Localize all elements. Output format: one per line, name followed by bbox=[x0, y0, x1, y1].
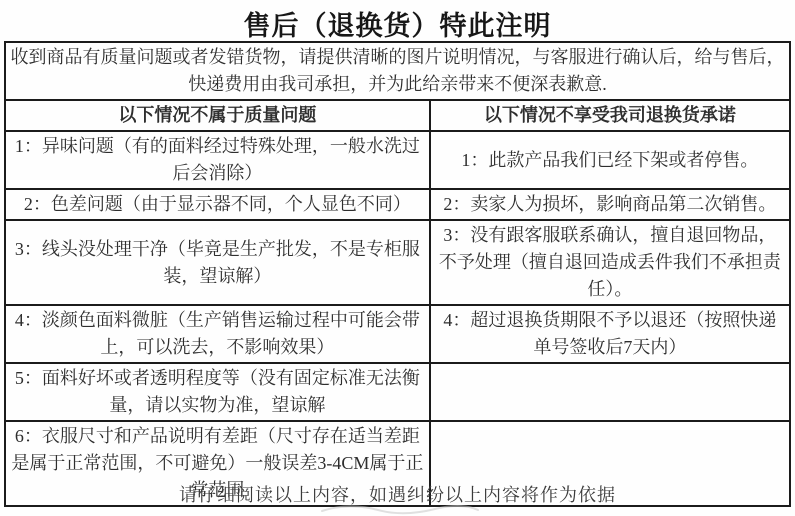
quality-item-4: 4：淡颜色面料微脏（生产销售运输过程中可能会带上，可以洗去，不影响效果） bbox=[5, 305, 430, 363]
quality-item-1: 1：异味问题（有的面料经过特殊处理，一般水洗过后会消除） bbox=[5, 131, 430, 189]
no-return-empty-cell-5 bbox=[430, 363, 790, 421]
table-row: 2：色差问题（由于显示器不同，个人显色不同） 2：卖家人为损坏，影响商品第二次销… bbox=[5, 189, 790, 220]
header-row: 以下情况不属于质量问题 以下情况不享受我司退换货承诺 bbox=[5, 100, 790, 131]
quality-item-5: 5：面料好坏或者透明程度等（没有固定标准无法衡量，请以实物为准，望谅解 bbox=[5, 363, 430, 421]
intro-text: 收到商品有质量问题或者发错货物，请提供清晰的图片说明情况，与客服进行确认后，给与… bbox=[5, 42, 790, 100]
no-return-item-2: 2：卖家人为损坏，影响商品第二次销售。 bbox=[430, 189, 790, 220]
table-row: 5：面料好坏或者透明程度等（没有固定标准无法衡量，请以实物为准，望谅解 bbox=[5, 363, 790, 421]
page-title: 售后（退换货）特此注明 bbox=[0, 4, 795, 43]
quality-item-3: 3：线头没处理干净（毕竟是生产批发，不是专柜服装，望谅解） bbox=[5, 220, 430, 305]
no-return-item-1: 1：此款产品我们已经下架或者停售。 bbox=[430, 131, 790, 189]
quality-item-2: 2：色差问题（由于显示器不同，个人显色不同） bbox=[5, 189, 430, 220]
policy-notice-page: 售后（退换货）特此注明 收到商品有质量问题或者发错货物，请提供清晰的图片说明情况… bbox=[0, 0, 795, 516]
intro-row: 收到商品有质量问题或者发错货物，请提供清晰的图片说明情况，与客服进行确认后，给与… bbox=[5, 42, 790, 100]
column-header-no-return: 以下情况不享受我司退换货承诺 bbox=[430, 100, 790, 131]
no-return-item-3: 3：没有跟客服联系确认，擅自退回物品，不予处理（擅自退回造成丢件我们不承担责任）… bbox=[430, 220, 790, 305]
no-return-item-4: 4：超过退换货期限不予以退还（按照快递单号签收后7天内） bbox=[430, 305, 790, 363]
wavy-underline-scribble bbox=[320, 503, 480, 515]
column-header-quality: 以下情况不属于质量问题 bbox=[5, 100, 430, 131]
table-row: 4：淡颜色面料微脏（生产销售运输过程中可能会带上，可以洗去，不影响效果） 4：超… bbox=[5, 305, 790, 363]
policy-table: 收到商品有质量问题或者发错货物，请提供清晰的图片说明情况，与客服进行确认后，给与… bbox=[4, 41, 791, 507]
table-row: 3：线头没处理干净（毕竟是生产批发，不是专柜服装，望谅解） 3：没有跟客服联系确… bbox=[5, 220, 790, 305]
table-row: 1：异味问题（有的面料经过特殊处理，一般水洗过后会消除） 1：此款产品我们已经下… bbox=[5, 131, 790, 189]
